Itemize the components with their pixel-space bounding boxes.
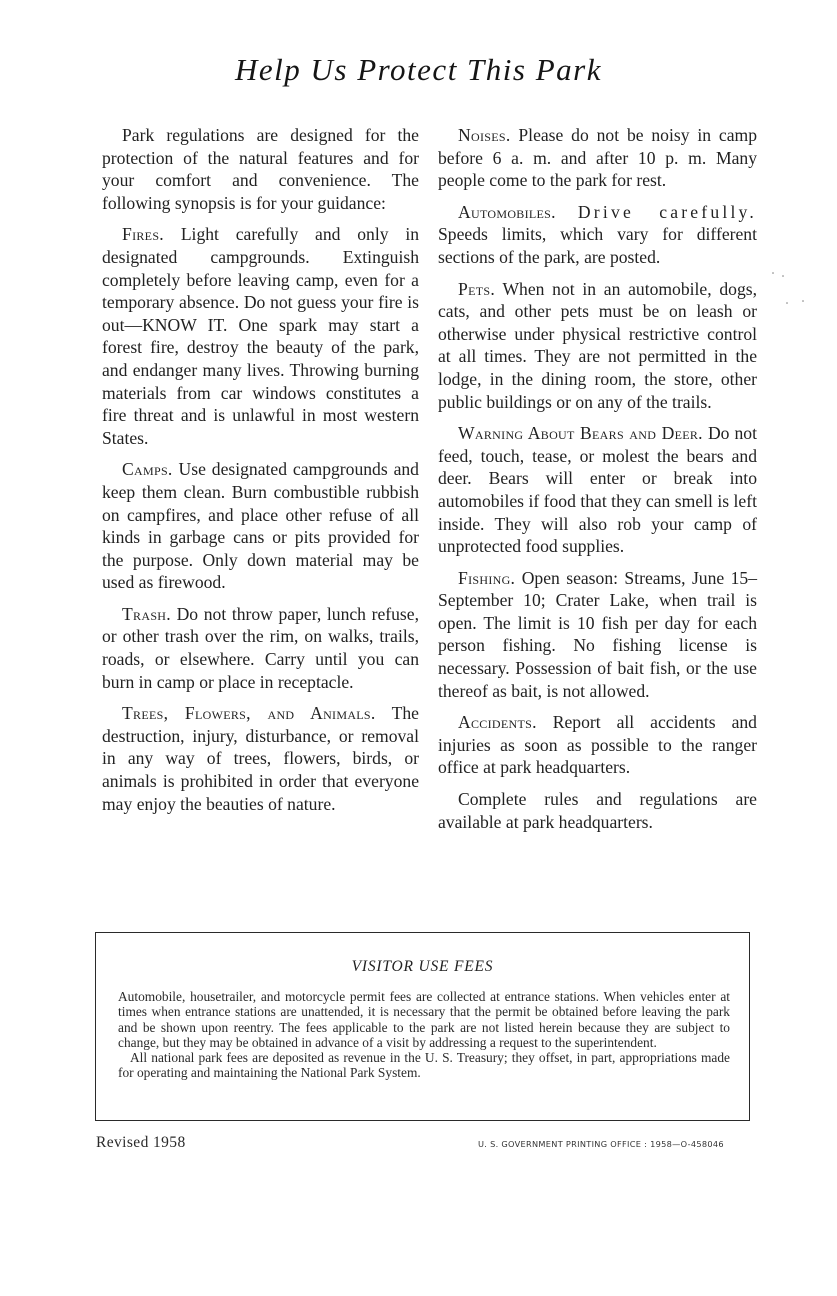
section-heading: Fishing. xyxy=(458,568,515,588)
fees-paragraph: All national park fees are deposited as … xyxy=(118,1050,730,1081)
section-heading: Trees, Flowers, and Animals. xyxy=(122,703,376,723)
section-automobiles: Automobiles. Drive carefully. Speeds lim… xyxy=(438,201,757,269)
section-heading: Trash. xyxy=(122,604,171,624)
closing-paragraph: Complete rules and regulations are avail… xyxy=(438,788,757,833)
left-column: Park regulations are designed for the pr… xyxy=(102,124,419,824)
section-trees-flowers-animals: Trees, Flowers, and Animals. The destruc… xyxy=(102,702,419,815)
section-accidents: Accidents. Report all accidents and inju… xyxy=(438,711,757,779)
section-pets: Pets. When not in an automobile, dogs, c… xyxy=(438,278,757,414)
section-heading: Fires. xyxy=(122,224,164,244)
page-title: Help Us Protect This Park xyxy=(0,52,837,88)
scan-artifact xyxy=(802,300,804,302)
visitor-use-fees-box: VISITOR USE FEES Automobile, housetraile… xyxy=(95,932,750,1121)
section-heading: Camps. xyxy=(122,459,173,479)
section-trash: Trash. Do not throw paper, lunch refuse,… xyxy=(102,603,419,693)
scan-artifact xyxy=(772,272,774,274)
section-text: Light carefully and only in designated c… xyxy=(102,224,419,447)
section-noises: Noises. Please do not be noisy in camp b… xyxy=(438,124,757,192)
section-emphasis-text: Drive carefully. xyxy=(578,202,757,222)
section-camps: Camps. Use designated campgrounds and ke… xyxy=(102,458,419,594)
fees-body: Automobile, housetrailer, and motorcycle… xyxy=(118,989,730,1081)
section-heading: Automobiles. xyxy=(458,202,556,222)
right-column: Noises. Please do not be noisy in camp b… xyxy=(438,124,757,842)
section-heading: Pets. xyxy=(458,279,495,299)
printer-imprint: U. S. GOVERNMENT PRINTING OFFICE : 1958—… xyxy=(478,1139,724,1149)
revised-date: Revised 1958 xyxy=(96,1134,186,1152)
fees-title: VISITOR USE FEES xyxy=(96,958,749,976)
section-heading: Warning About Bears and Deer. xyxy=(458,423,703,443)
fees-paragraph: Automobile, housetrailer, and motorcycle… xyxy=(118,989,730,1050)
section-text: Speeds limits, which vary for different … xyxy=(438,224,757,267)
intro-paragraph: Park regulations are designed for the pr… xyxy=(102,124,419,214)
section-heading: Accidents. xyxy=(458,712,537,732)
scan-artifact xyxy=(782,275,784,277)
section-heading: Noises. xyxy=(458,125,511,145)
section-bears-deer: Warning About Bears and Deer. Do not fee… xyxy=(438,422,757,558)
section-fishing: Fishing. Open season: Streams, June 15–S… xyxy=(438,567,757,703)
section-fires: Fires. Light carefully and only in desig… xyxy=(102,223,419,449)
scan-artifact xyxy=(786,302,788,304)
